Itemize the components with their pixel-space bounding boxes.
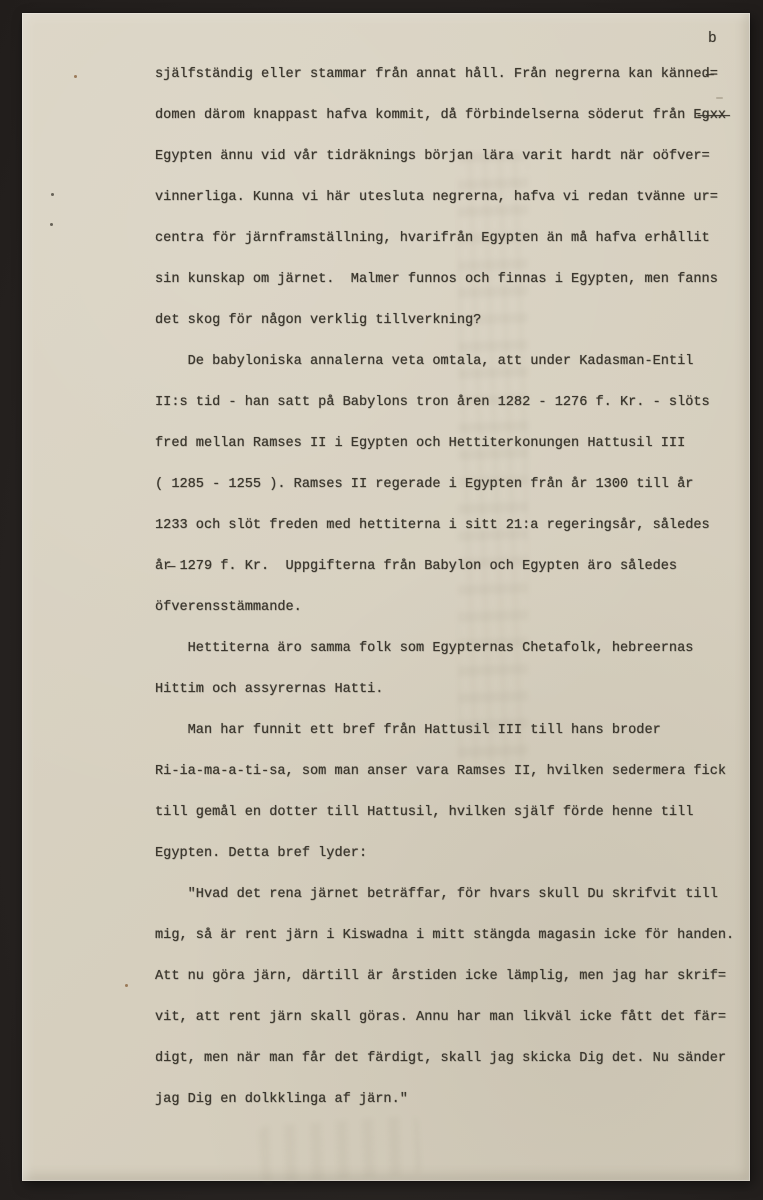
text-line: II:s tid - han satt på Babylons tron åre… bbox=[155, 382, 761, 423]
text-line: vinnerliga. Kunna vi här utesluta negrer… bbox=[155, 177, 761, 218]
paper-speck bbox=[716, 97, 723, 99]
paper-speck bbox=[51, 193, 54, 196]
text-line: centra för järnframställning, hvarifrån … bbox=[155, 218, 761, 259]
text-line: Hettiterna äro samma folk som Egypternas… bbox=[155, 628, 761, 669]
text-line: Egypten ännu vid vår tidräknings början … bbox=[155, 136, 761, 177]
text-line: domen därom knappast hafva kommit, då fö… bbox=[155, 95, 761, 136]
text-line: Ri-ia-ma-a-ti-sa, som man anser vara Ram… bbox=[155, 751, 761, 792]
scan-background: b själfständig eller stammar från annat … bbox=[0, 0, 763, 1200]
text-line: själfständig eller stammar från annat hå… bbox=[155, 54, 761, 95]
document-page: b själfständig eller stammar från annat … bbox=[22, 13, 750, 1181]
text-line: sin kunskap om järnet. Malmer funnos och… bbox=[155, 259, 761, 300]
text-line: Egypten. Detta bref lyder: bbox=[155, 833, 761, 874]
text-line: mig, så är rent järn i Kiswadna i mitt s… bbox=[155, 915, 761, 956]
text-line: vit, att rent järn skall göras. Annu har… bbox=[155, 997, 761, 1038]
text-line: till gemål en dotter till Hattusil, hvil… bbox=[155, 792, 761, 833]
text-line: jag Dig en dolkklinga af järn." bbox=[155, 1079, 761, 1120]
text-line: 1233 och slöt freden med hettiterna i si… bbox=[155, 505, 761, 546]
typewritten-text: själfständig eller stammar från annat hå… bbox=[155, 54, 761, 1120]
text-line: det skog för någon verklig tillverkning? bbox=[155, 300, 761, 341]
text-line: Hittim och assyrernas Hatti. bbox=[155, 669, 761, 710]
text-line: digt, men när man får det färdigt, skall… bbox=[155, 1038, 761, 1079]
text-line: öfverensstämmande. bbox=[155, 587, 761, 628]
text-line: De babyloniska annalerna veta omtala, at… bbox=[155, 341, 761, 382]
paper-speck bbox=[50, 223, 53, 226]
paper-speck bbox=[125, 984, 128, 987]
text-line: "Hvad det rena järnet beträffar, för hva… bbox=[155, 874, 761, 915]
text-line: Att nu göra järn, därtill är årstiden ic… bbox=[155, 956, 761, 997]
paper-speck bbox=[74, 75, 77, 78]
page-number: b bbox=[708, 29, 717, 49]
text-line: år̶ 1279 f. Kr. Uppgifterna från Babylon… bbox=[155, 546, 761, 587]
ink-bleedthrough bbox=[258, 1115, 422, 1184]
text-line: Man har funnit ett bref från Hattusil II… bbox=[155, 710, 761, 751]
text-line: fred mellan Ramses II i Egypten och Hett… bbox=[155, 423, 761, 464]
text-line: ( 1285 - 1255 ). Ramses II regerade i Eg… bbox=[155, 464, 761, 505]
